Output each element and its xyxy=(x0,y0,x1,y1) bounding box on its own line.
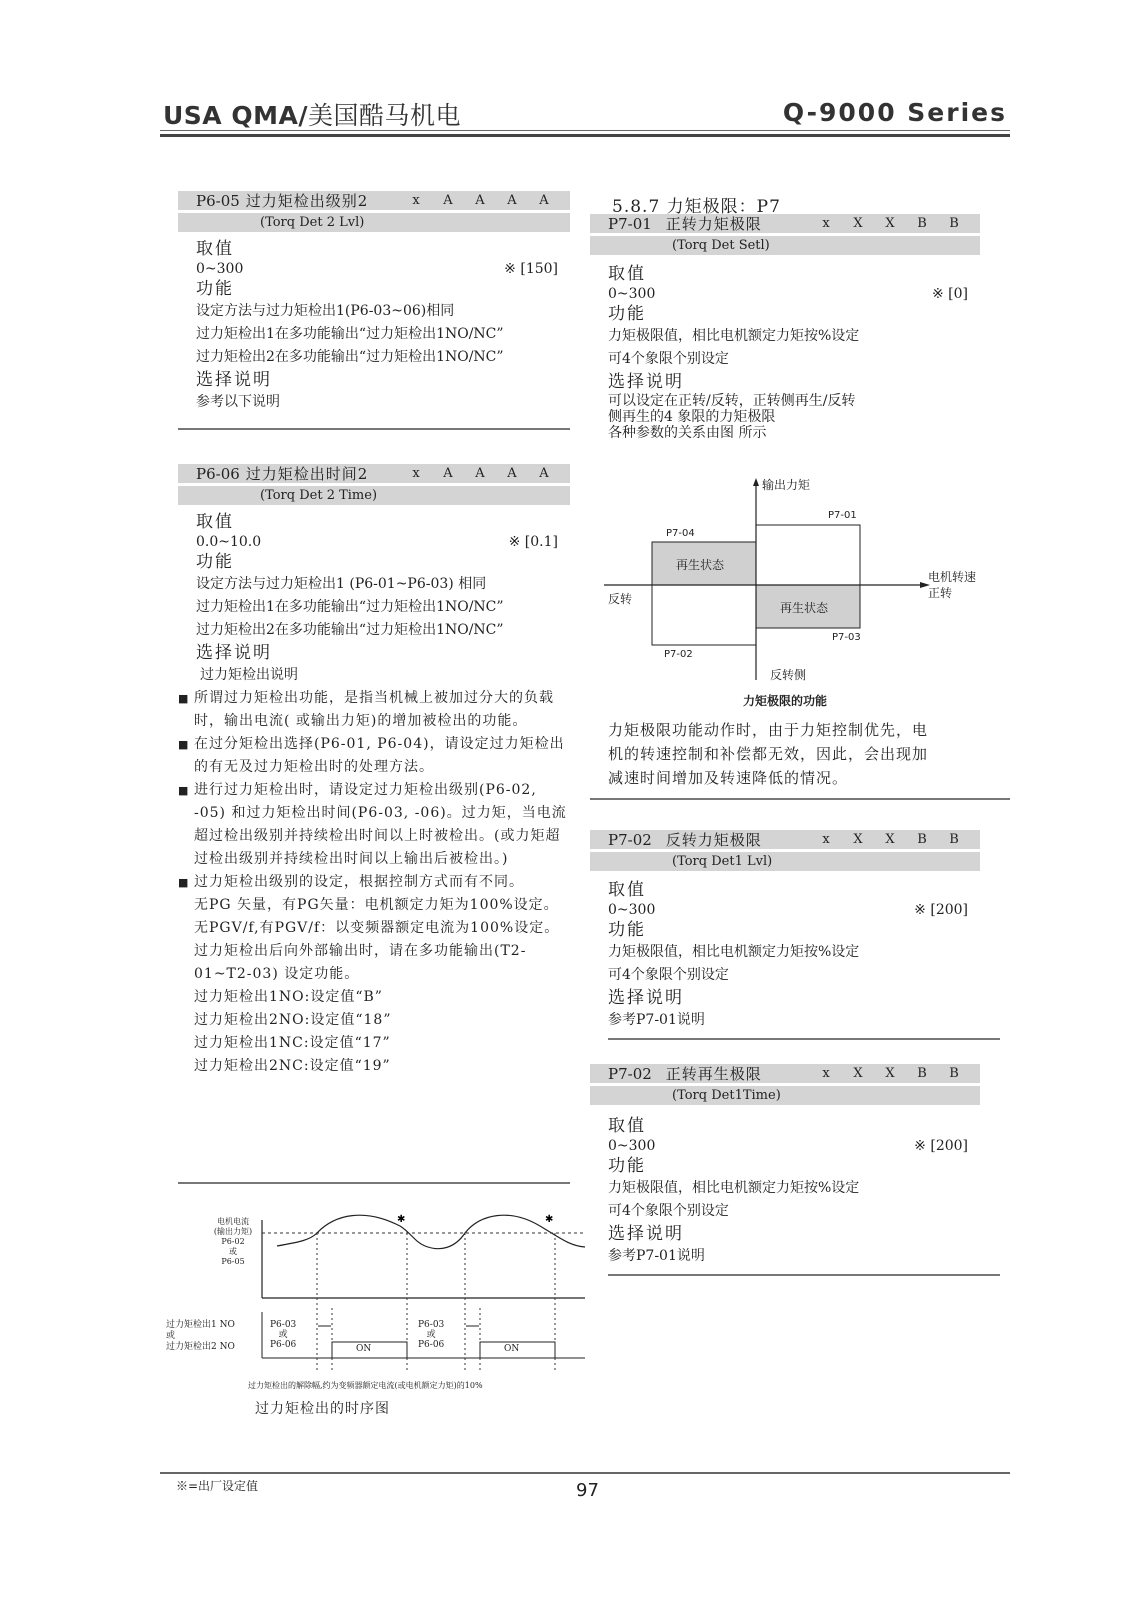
param-subtitle-bar: (Torq Det1 Lvl) xyxy=(590,852,980,871)
select-line: 参考以下说明 xyxy=(196,391,570,414)
param-flags: xAAAA xyxy=(400,193,560,208)
flag: x xyxy=(810,832,842,847)
time-label: P6-06 xyxy=(418,1340,444,1350)
flag: A xyxy=(496,193,528,208)
param-subtitle: (Torq Det 2 Time) xyxy=(260,488,377,503)
bullet-icon: ■ xyxy=(178,687,194,733)
left-column: P6-05 过力矩检出级别2 xAAAA (Torq Det 2 Lvl) 取值… xyxy=(178,191,570,1078)
y-label: 电机电流 xyxy=(208,1217,258,1227)
flag: A xyxy=(464,466,496,481)
bullet-text: 进行过力矩检出时，请设定过力矩检出级别(P6-02, -05) 和过力矩检出时间… xyxy=(194,779,570,871)
header-rule-thick xyxy=(160,134,1010,137)
footer-rule xyxy=(160,1472,1010,1474)
regen-label: 再生状态 xyxy=(780,599,828,616)
time-label: 或 xyxy=(418,1330,444,1340)
torque-limit-diagram: 输出力矩 P7-01 P7-04 P7-02 P7-03 再生状态 再生状态 电… xyxy=(600,474,1000,714)
time-label: P6-03 xyxy=(418,1320,444,1330)
function-line: 过力矩检出1在多功能输出“过力矩检出1NO/NC” xyxy=(196,323,570,346)
bullet-text: 在过分矩检出选择(P6-01, P6-04)，请设定过力矩检出的有无及过力矩检出… xyxy=(194,733,570,779)
range-value: 0~300 xyxy=(608,901,655,919)
flag: B xyxy=(906,1066,938,1081)
flag: B xyxy=(906,216,938,231)
bullet-icon: ■ xyxy=(178,733,194,779)
flag: X xyxy=(842,832,874,847)
select-line: 参考P7-01说明 xyxy=(608,1009,980,1032)
bullet-text: 过力矩检出级别的设定，根据控制方式而有不同。 xyxy=(194,871,524,894)
section-divider xyxy=(590,798,1010,800)
flag: B xyxy=(938,216,970,231)
extra-line: 过力矩检出2NC:设定值“19” xyxy=(178,1055,570,1078)
param-code: P7-01 xyxy=(608,215,652,233)
param-header: P6-05 过力矩检出级别2 xAAAA xyxy=(178,191,570,210)
row-label: 过力矩检出1 NO xyxy=(166,1320,235,1331)
flag: A xyxy=(528,466,560,481)
section-divider xyxy=(178,428,570,430)
function-line: 过力矩检出2在多功能输出“过力矩检出1NO/NC” xyxy=(196,619,570,642)
select-heading: 选择说明 xyxy=(196,642,570,664)
section-divider xyxy=(608,1274,1000,1276)
param-p6-05: P6-05 过力矩检出级别2 xAAAA (Torq Det 2 Lvl) 取值… xyxy=(178,191,570,430)
extra-line: 过力矩检出1NC:设定值“17” xyxy=(178,1032,570,1055)
flag: A xyxy=(496,466,528,481)
param-flags: xAAAA xyxy=(400,466,560,481)
param-header: P7-02 反转力矩极限 xXXBB xyxy=(590,830,980,849)
param-code: P6-06 xyxy=(196,465,240,483)
range-heading: 取值 xyxy=(608,1115,980,1137)
param-subtitle-bar: (Torq Det 2 Time) xyxy=(178,486,570,505)
brand-title: USA QMA/美国酷马机电 xyxy=(163,96,461,132)
function-line: 设定方法与过力矩检出1 (P6-01~P6-03) 相同 xyxy=(196,573,570,596)
quadrant-label-p7-01: P7-01 xyxy=(828,510,857,521)
bullet-text: 所谓过力矩检出功能，是指当机械上被加过分大的负载时，输出电流( 或输出力矩)的增… xyxy=(194,687,570,733)
flag: A xyxy=(464,193,496,208)
on-label: ON xyxy=(504,1344,519,1354)
brand-en: USA QMA/ xyxy=(163,101,308,130)
select-line: 侧再生的4 象限的力矩极限 xyxy=(608,409,980,425)
row-label: 或 xyxy=(166,1331,235,1342)
regen-label: 再生状态 xyxy=(676,556,724,573)
function-line: 力矩极限值，相比电机额定力矩按%设定 xyxy=(608,325,980,348)
right-column-lower: 力矩极限功能动作时，由于力矩控制优先，电 机的转速控制和补偿都无效，因此，会出现… xyxy=(590,718,980,1276)
on-label: ON xyxy=(356,1344,371,1354)
param-flags: xXXBB xyxy=(810,1066,970,1081)
reverse-label: 反转 xyxy=(608,590,632,607)
bullet-list: ■所谓过力矩检出功能，是指当机械上被加过分大的负载时，输出电流( 或输出力矩)的… xyxy=(178,687,570,1078)
x-axis-label: 电机转速 xyxy=(928,569,976,585)
param-subtitle: (Torq Det1 Lvl) xyxy=(672,854,772,869)
explain-title: 过力矩检出说明 xyxy=(196,664,570,687)
note-line: 减速时间增加及转速降低的情况。 xyxy=(608,766,980,790)
param-p7-02-reverse: P7-02 反转力矩极限 xXXBB (Torq Det1 Lvl) 取值 0~… xyxy=(590,830,980,1040)
bullet-icon: ■ xyxy=(178,871,194,894)
header-rule-thin xyxy=(160,130,1010,131)
brand-cn: 美国酷马机电 xyxy=(308,101,461,130)
series-title: Q-9000 Series xyxy=(783,98,1007,127)
y-axis-label: 输出力矩 xyxy=(762,476,810,493)
flag: X xyxy=(874,216,906,231)
flag: x xyxy=(400,466,432,481)
flag: X xyxy=(874,1066,906,1081)
timing-divider xyxy=(178,1182,570,1184)
select-heading: 选择说明 xyxy=(608,371,980,393)
default-value: ※ [150] xyxy=(504,260,558,278)
quadrant-label-p7-03: P7-03 xyxy=(832,632,861,643)
function-line: 设定方法与过力矩检出1(P6-03~06)相同 xyxy=(196,300,570,323)
param-flags: xXXBB xyxy=(810,216,970,231)
y-label: 或 xyxy=(208,1247,258,1257)
time-label: 或 xyxy=(270,1330,296,1340)
function-line: 可4个象限个别设定 xyxy=(608,964,980,987)
extra-line: 无PG 矢量，有PG矢量：电机额定力矩为100%设定。 xyxy=(178,894,570,917)
flag: A xyxy=(432,466,464,481)
select-line: 参考P7-01说明 xyxy=(608,1245,980,1268)
param-subtitle-bar: (Torq Det1Time) xyxy=(590,1086,980,1105)
flag: x xyxy=(400,193,432,208)
svg-text:✱: ✱ xyxy=(397,1214,405,1225)
param-subtitle: (Torq Det1Time) xyxy=(672,1088,781,1103)
flag: x xyxy=(810,216,842,231)
range-value: 0~300 xyxy=(196,260,243,278)
x-axis-label: 正转 xyxy=(928,585,976,601)
timing-caption: 过力矩检出的时序图 xyxy=(255,1398,390,1418)
default-value: ※ [0] xyxy=(932,285,968,303)
quadrant-label-p7-04: P7-04 xyxy=(666,528,695,539)
range-heading: 取值 xyxy=(196,511,570,533)
default-value: ※ [200] xyxy=(914,901,968,919)
function-heading: 功能 xyxy=(608,1155,980,1177)
extra-line: 无PGV/f,有PGV/f：以变频器额定电流为100%设定。 xyxy=(178,917,570,940)
function-heading: 功能 xyxy=(196,278,570,300)
param-title: 过力矩检出时间2 xyxy=(246,463,369,484)
param-p7-01: P7-01 正转力矩极限 xXXBB (Torq Det Setl) 取值 0~… xyxy=(590,214,980,441)
section-title: 5.8.7 力矩极限：P7 xyxy=(590,192,980,214)
section-divider xyxy=(608,1038,1000,1040)
default-value: ※ [200] xyxy=(914,1137,968,1155)
flag: X xyxy=(842,216,874,231)
default-value: ※ [0.1] xyxy=(509,533,558,551)
param-subtitle-bar: (Torq Det 2 Lvl) xyxy=(178,213,570,232)
range-heading: 取值 xyxy=(196,238,570,260)
function-heading: 功能 xyxy=(608,303,980,325)
time-label: P6-03 xyxy=(270,1320,296,1330)
param-subtitle-bar: (Torq Det Setl) xyxy=(590,236,980,255)
flag: B xyxy=(938,1066,970,1081)
range-value: 0.0~10.0 xyxy=(196,533,261,551)
select-line: 各种参数的关系由图 所示 xyxy=(608,425,980,441)
param-subtitle: (Torq Det Setl) xyxy=(672,238,770,253)
right-column: 5.8.7 力矩极限：P7 P7-01 正转力矩极限 xXXBB (Torq D… xyxy=(590,192,980,441)
function-line: 过力矩检出2在多功能输出“过力矩检出1NO/NC” xyxy=(196,346,570,369)
row-label: 过力矩检出2 NO xyxy=(166,1342,235,1353)
param-title: 反转力矩极限 xyxy=(666,829,762,850)
param-header: P7-02 正转再生极限 xXXBB xyxy=(590,1064,980,1083)
function-line: 力矩极限值，相比电机额定力矩按%设定 xyxy=(608,941,980,964)
param-subtitle: (Torq Det 2 Lvl) xyxy=(260,215,364,230)
param-title: 正转再生极限 xyxy=(666,1063,762,1084)
reverse-side-label: 反转侧 xyxy=(770,666,806,683)
diagram-caption: 力矩极限的功能 xyxy=(600,692,970,709)
select-heading: 选择说明 xyxy=(608,987,980,1009)
select-heading: 选择说明 xyxy=(196,369,570,391)
select-line: 可以设定在正转/反转，正转侧再生/反转 xyxy=(608,393,980,409)
range-value: 0~300 xyxy=(608,1137,655,1155)
param-code: P7-02 xyxy=(608,831,652,849)
function-line: 过力矩检出1在多功能输出“过力矩检出1NO/NC” xyxy=(196,596,570,619)
flag: B xyxy=(938,832,970,847)
flag: x xyxy=(810,1066,842,1081)
flag: A xyxy=(528,193,560,208)
timing-diagram: ✱ ✱ 电机电流 (输出力矩) P6-02 或 P6-05 过力矩检出1 NO … xyxy=(160,1200,590,1440)
param-p6-06: P6-06 过力矩检出时间2 xAAAA (Torq Det 2 Time) 取… xyxy=(178,464,570,1078)
param-code: P6-05 xyxy=(196,192,240,210)
flag: A xyxy=(432,193,464,208)
param-p7-02-forward-regen: P7-02 正转再生极限 xXXBB (Torq Det1Time) 取值 0~… xyxy=(590,1064,980,1276)
select-heading: 选择说明 xyxy=(608,1223,980,1245)
y-label: P6-05 xyxy=(208,1257,258,1267)
y-label: (输出力矩) xyxy=(208,1227,258,1237)
param-header: P7-01 正转力矩极限 xXXBB xyxy=(590,214,980,233)
svg-text:✱: ✱ xyxy=(545,1214,553,1225)
extra-line: 过力矩检出2NO:设定值“18” xyxy=(178,1009,570,1032)
function-line: 可4个象限个别设定 xyxy=(608,1200,980,1223)
quadrant-label-p7-02: P7-02 xyxy=(664,649,693,660)
param-title: 正转力矩极限 xyxy=(666,213,762,234)
param-code: P7-02 xyxy=(608,1065,652,1083)
param-title: 过力矩检出级别2 xyxy=(246,190,369,211)
note-line: 力矩极限功能动作时，由于力矩控制优先，电 xyxy=(608,718,980,742)
param-flags: xXXBB xyxy=(810,832,970,847)
range-value: 0~300 xyxy=(608,285,655,303)
flag: X xyxy=(842,1066,874,1081)
function-line: 力矩极限值，相比电机额定力矩按%设定 xyxy=(608,1177,980,1200)
range-heading: 取值 xyxy=(608,879,980,901)
function-heading: 功能 xyxy=(608,919,980,941)
extra-line: 过力矩检出后向外部输出时，请在多功能输出(T2-01~T2-03) 设定功能。 xyxy=(178,940,570,986)
timing-note: 过力矩检出的解除幅,约为变频器额定电流(或电机额定力矩)的10% xyxy=(248,1380,483,1391)
function-heading: 功能 xyxy=(196,551,570,573)
extra-line: 过力矩检出1NO:设定值“B” xyxy=(178,986,570,1009)
note-line: 机的转速控制和补偿都无效，因此，会出现加 xyxy=(608,742,980,766)
footer-note: ※=出厂设定值 xyxy=(176,1477,258,1494)
flag: X xyxy=(874,832,906,847)
page-number: 97 xyxy=(576,1480,599,1501)
param-header: P6-06 过力矩检出时间2 xAAAA xyxy=(178,464,570,483)
flag: B xyxy=(906,832,938,847)
y-label: P6-02 xyxy=(208,1237,258,1247)
function-line: 可4个象限个别设定 xyxy=(608,348,980,371)
range-heading: 取值 xyxy=(608,263,980,285)
bullet-icon: ■ xyxy=(178,779,194,871)
time-label: P6-06 xyxy=(270,1340,296,1350)
